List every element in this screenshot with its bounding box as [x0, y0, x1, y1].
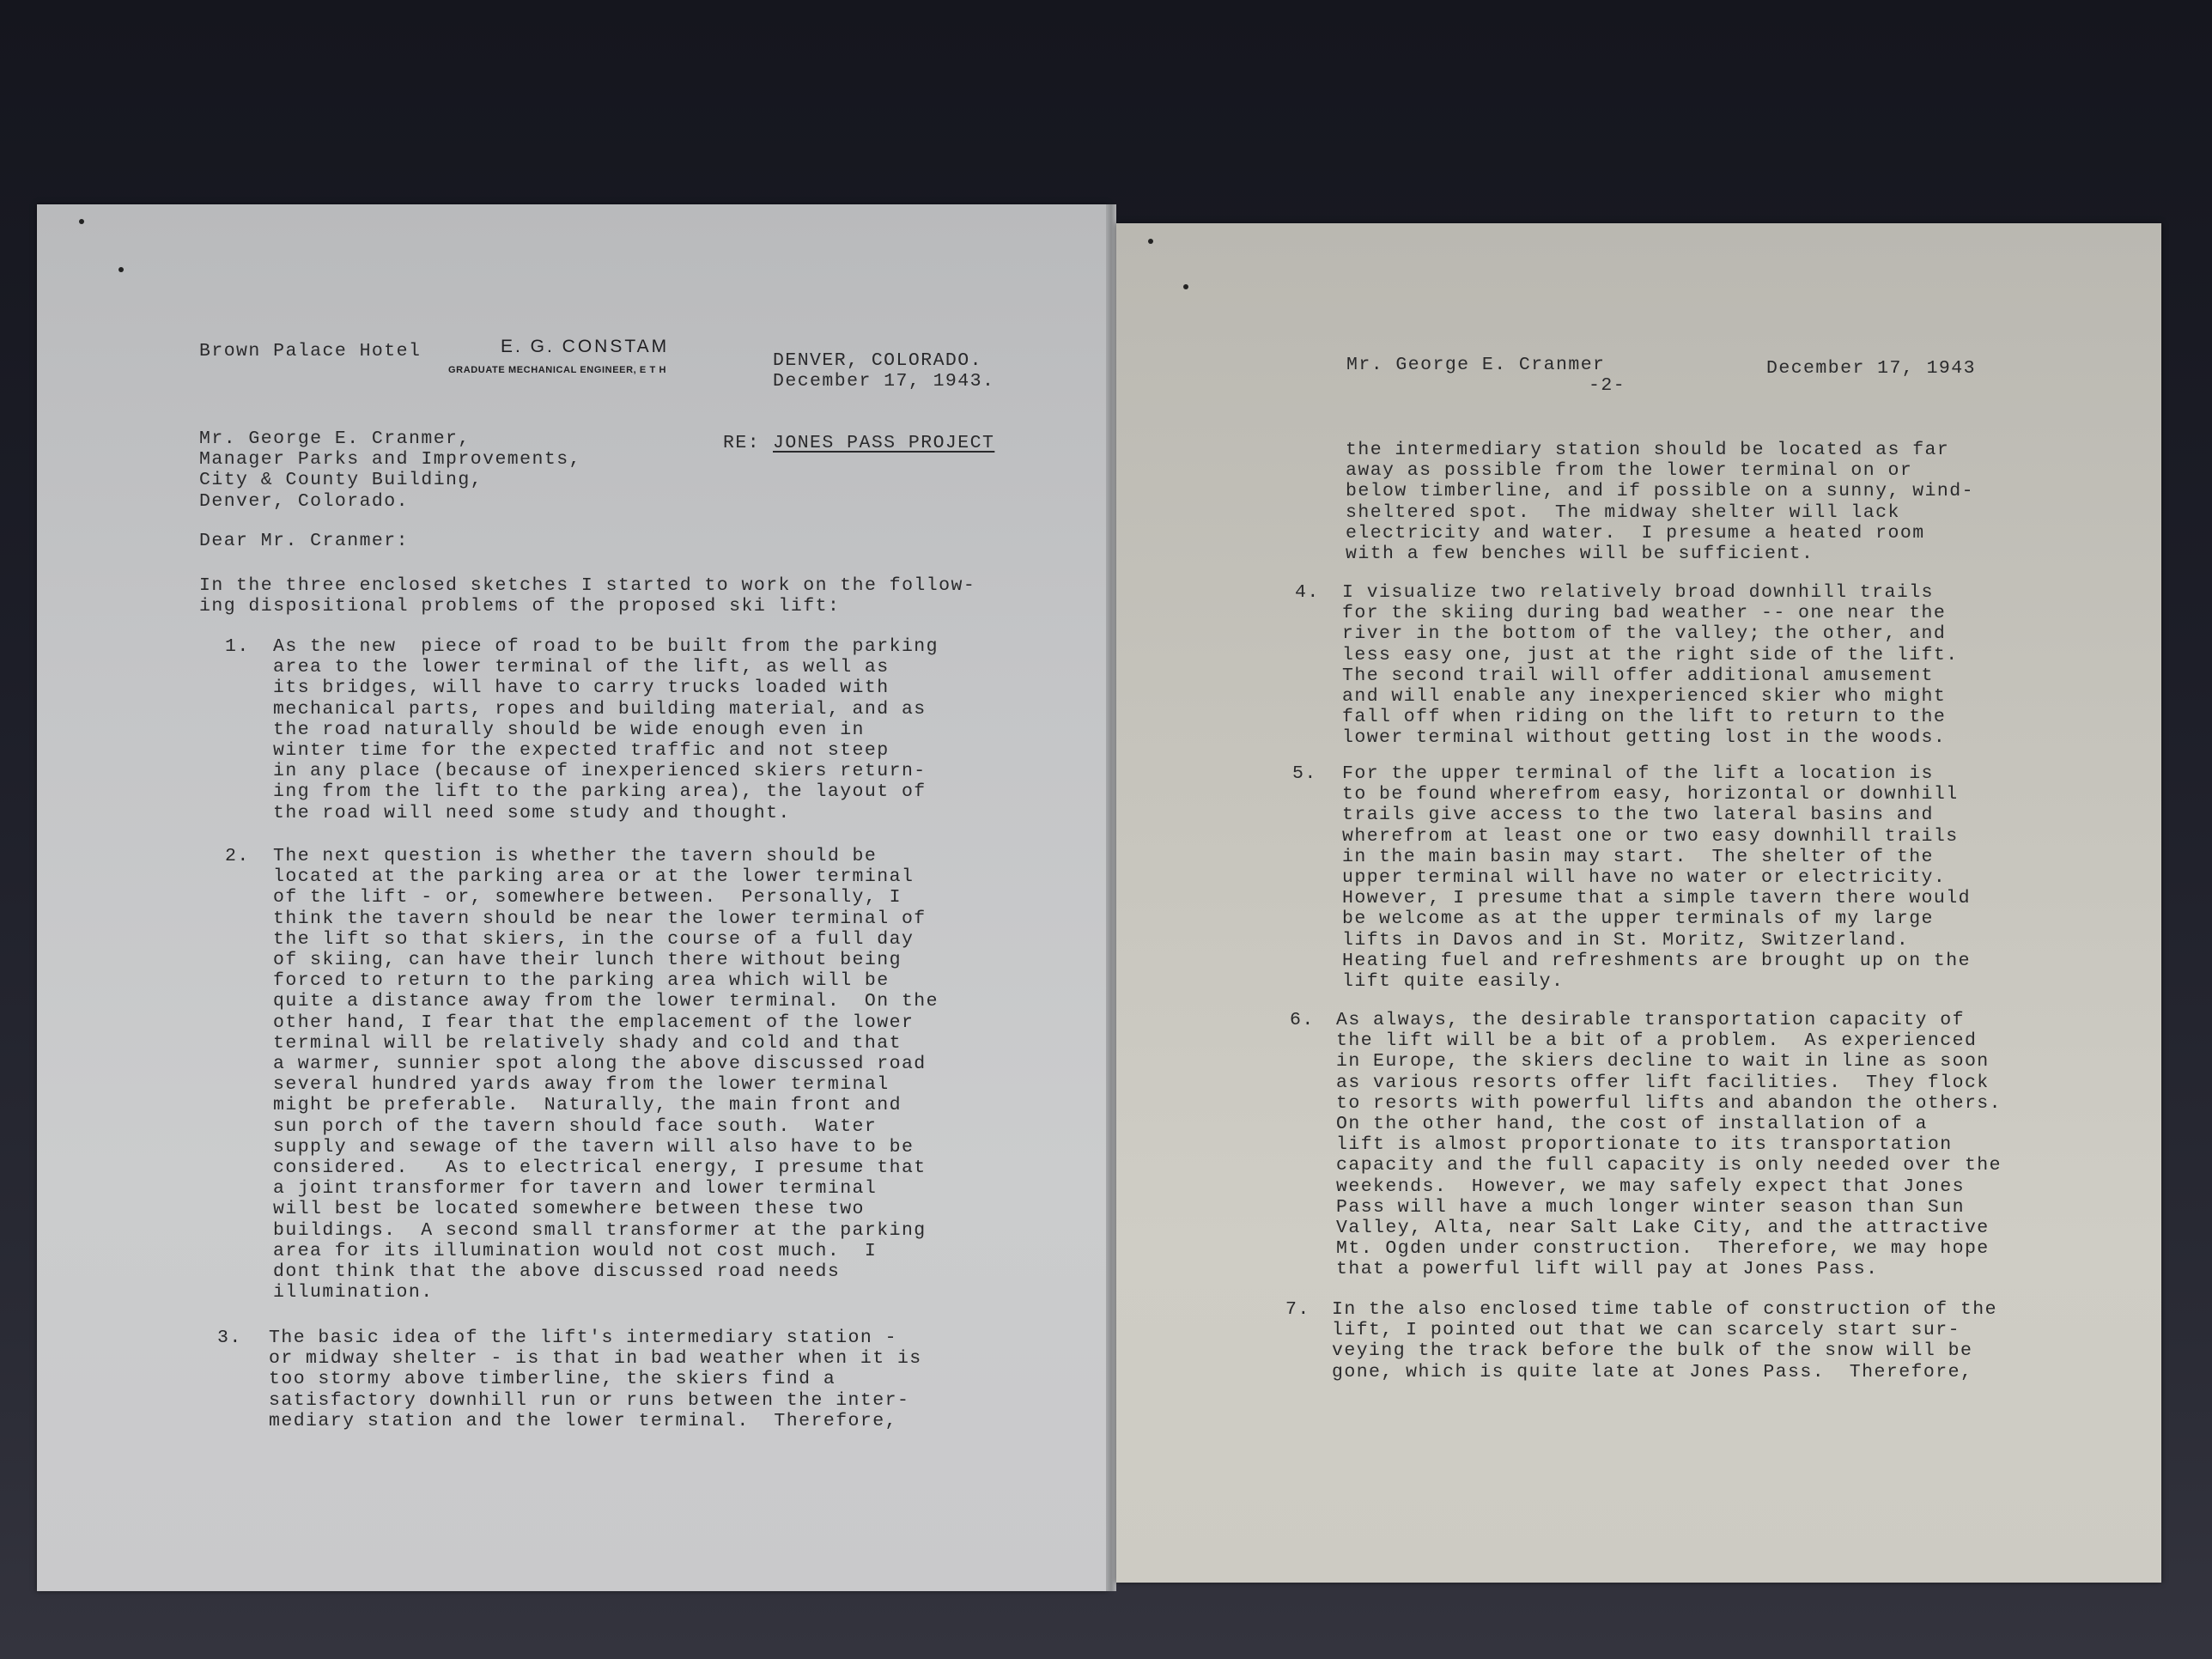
item-number: 2. [225, 846, 250, 866]
page-number: -2- [1589, 375, 1626, 396]
page2-recipient: Mr. George E. Cranmer [1346, 355, 1605, 375]
item-4-paragraph: I visualize two relatively broad downhil… [1342, 582, 1959, 749]
intro-paragraph: In the three enclosed sketches I started… [199, 575, 975, 617]
letterhead-name: E. G. CONSTAM [501, 337, 669, 357]
re-subject: JONES PASS PROJECT [773, 433, 994, 453]
continuation-paragraph: the intermediary station should be locat… [1346, 440, 1974, 564]
item-3-paragraph: The basic idea of the lift's intermediar… [269, 1328, 922, 1431]
recipient-address: Mr. George E. Cranmer, Manager Parks and… [199, 428, 581, 512]
page-seam [1106, 204, 1116, 1591]
hotel-name: Brown Palace Hotel [199, 341, 421, 362]
letter-date: December 17, 1943. [773, 371, 994, 392]
item-number: 7. [1285, 1299, 1310, 1320]
item-number: 1. [225, 636, 250, 657]
item-number: 5. [1292, 763, 1317, 784]
item-2-paragraph: The next question is whether the tavern … [273, 846, 939, 1303]
letterhead-title: GRADUATE MECHANICAL ENGINEER, E T H [448, 365, 666, 375]
punch-hole [1148, 239, 1153, 244]
item-5-paragraph: For the upper terminal of the lift a loc… [1342, 763, 1971, 992]
letterhead-city: DENVER, COLORADO. [773, 350, 982, 371]
item-6-paragraph: As always, the desirable transportation … [1336, 1010, 2002, 1280]
item-7-paragraph: In the also enclosed time table of const… [1332, 1299, 1997, 1382]
salutation: Dear Mr. Cranmer: [199, 531, 409, 551]
item-1-paragraph: As the new piece of road to be built fro… [273, 636, 939, 823]
item-number: 4. [1295, 582, 1320, 603]
item-number: 6. [1290, 1010, 1315, 1030]
page2-date: December 17, 1943 [1766, 358, 1976, 379]
punch-hole [79, 219, 84, 224]
punch-hole [1183, 284, 1188, 289]
punch-hole [118, 267, 124, 272]
re-label: RE: [723, 433, 760, 453]
item-number: 3. [217, 1328, 242, 1348]
